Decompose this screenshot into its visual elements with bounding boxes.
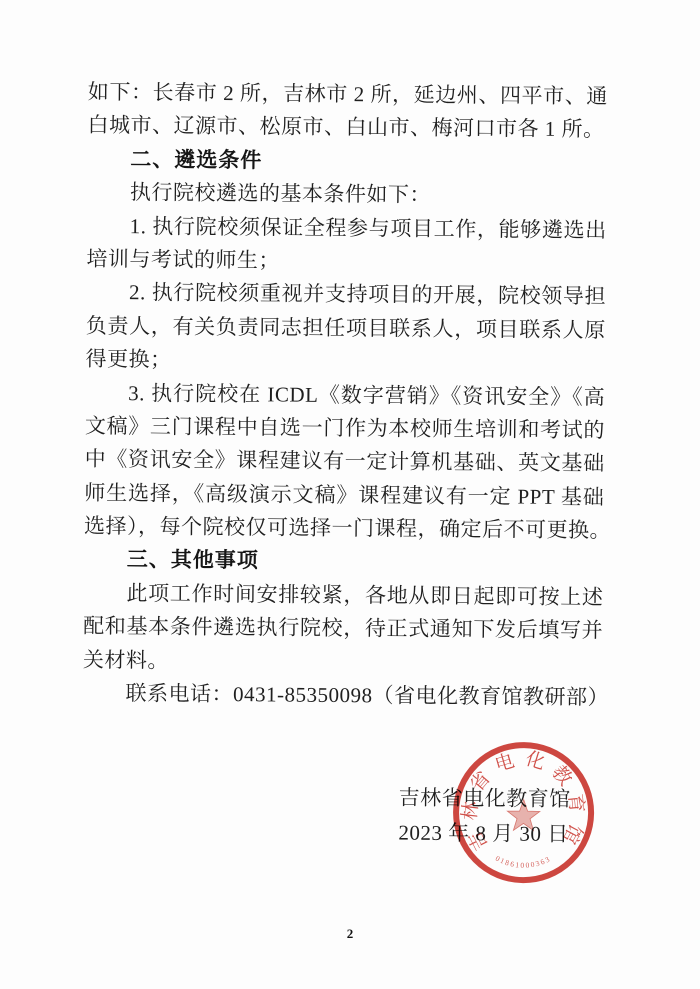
- text-line: 选择），每个院校仅可选择一门课程，确定后不可更换。: [84, 510, 604, 548]
- document-body: 如下：长春市 2 所，吉林市 2 所，延边州、四平市、通化市、 白城市、辽源市、…: [82, 76, 608, 715]
- svg-text:01861000363: 01861000363: [494, 854, 553, 870]
- text-line: 3. 执行院校在 ICDL《数字营销》《资讯安全》《高级演示: [85, 376, 605, 414]
- text-line: 配和基本条件遴选执行院校，待正式通知下发后填写并报送相: [83, 610, 603, 648]
- text-line: 文稿》三门课程中自选一门作为本校师生培训和考试的科目（其: [85, 410, 605, 448]
- scanned-document-page: 如下：长春市 2 所，吉林市 2 所，延边州、四平市、通化市、 白城市、辽源市、…: [0, 0, 700, 989]
- text-line: 此项工作时间安排较紧，各地从即日起即可按上述名额分: [83, 577, 603, 615]
- seal-star-icon: [507, 799, 540, 830]
- text-line: 培训与考试的师生；: [86, 243, 606, 281]
- text-line: 白城市、辽源市、松原市、白山市、梅河口市各 1 所。: [87, 109, 607, 147]
- section-heading: 二、遴选条件: [87, 143, 607, 181]
- text-line: 师生选择，《高级演示文稿》课程建议有一定 PPT 基础的师生: [84, 476, 604, 514]
- text-line: 如下：长春市 2 所，吉林市 2 所，延边州、四平市、通化市、: [88, 76, 608, 114]
- scan-content: 如下：长春市 2 所，吉林市 2 所，延边州、四平市、通化市、 白城市、辽源市、…: [0, 0, 700, 989]
- section-heading: 三、其他事项: [84, 543, 604, 581]
- seal-serial: 01861000363: [494, 854, 553, 870]
- official-seal: 吉林省电化教育馆 01861000363: [448, 737, 599, 888]
- text-line: 中《资讯安全》课程建议有一定计算机基础、英文基础较好的: [84, 443, 604, 481]
- text-line: 执行院校遴选的基本条件如下：: [87, 176, 607, 214]
- text-line: 得更换；: [85, 343, 605, 381]
- text-line: 2. 执行院校须重视并支持项目的开展，院校领导担任项目: [86, 276, 606, 314]
- text-line: 关材料。: [83, 643, 603, 681]
- contact-phone-line: 联系电话：0431-85350098（省电化教育馆教研部）: [82, 677, 602, 715]
- page-number: 2: [0, 926, 700, 942]
- text-line: 负责人，有关负责同志担任项目联系人，项目联系人原则上不: [86, 310, 606, 348]
- text-line: 1. 执行院校须保证全程参与项目工作，能够遴选出可完成: [87, 209, 607, 247]
